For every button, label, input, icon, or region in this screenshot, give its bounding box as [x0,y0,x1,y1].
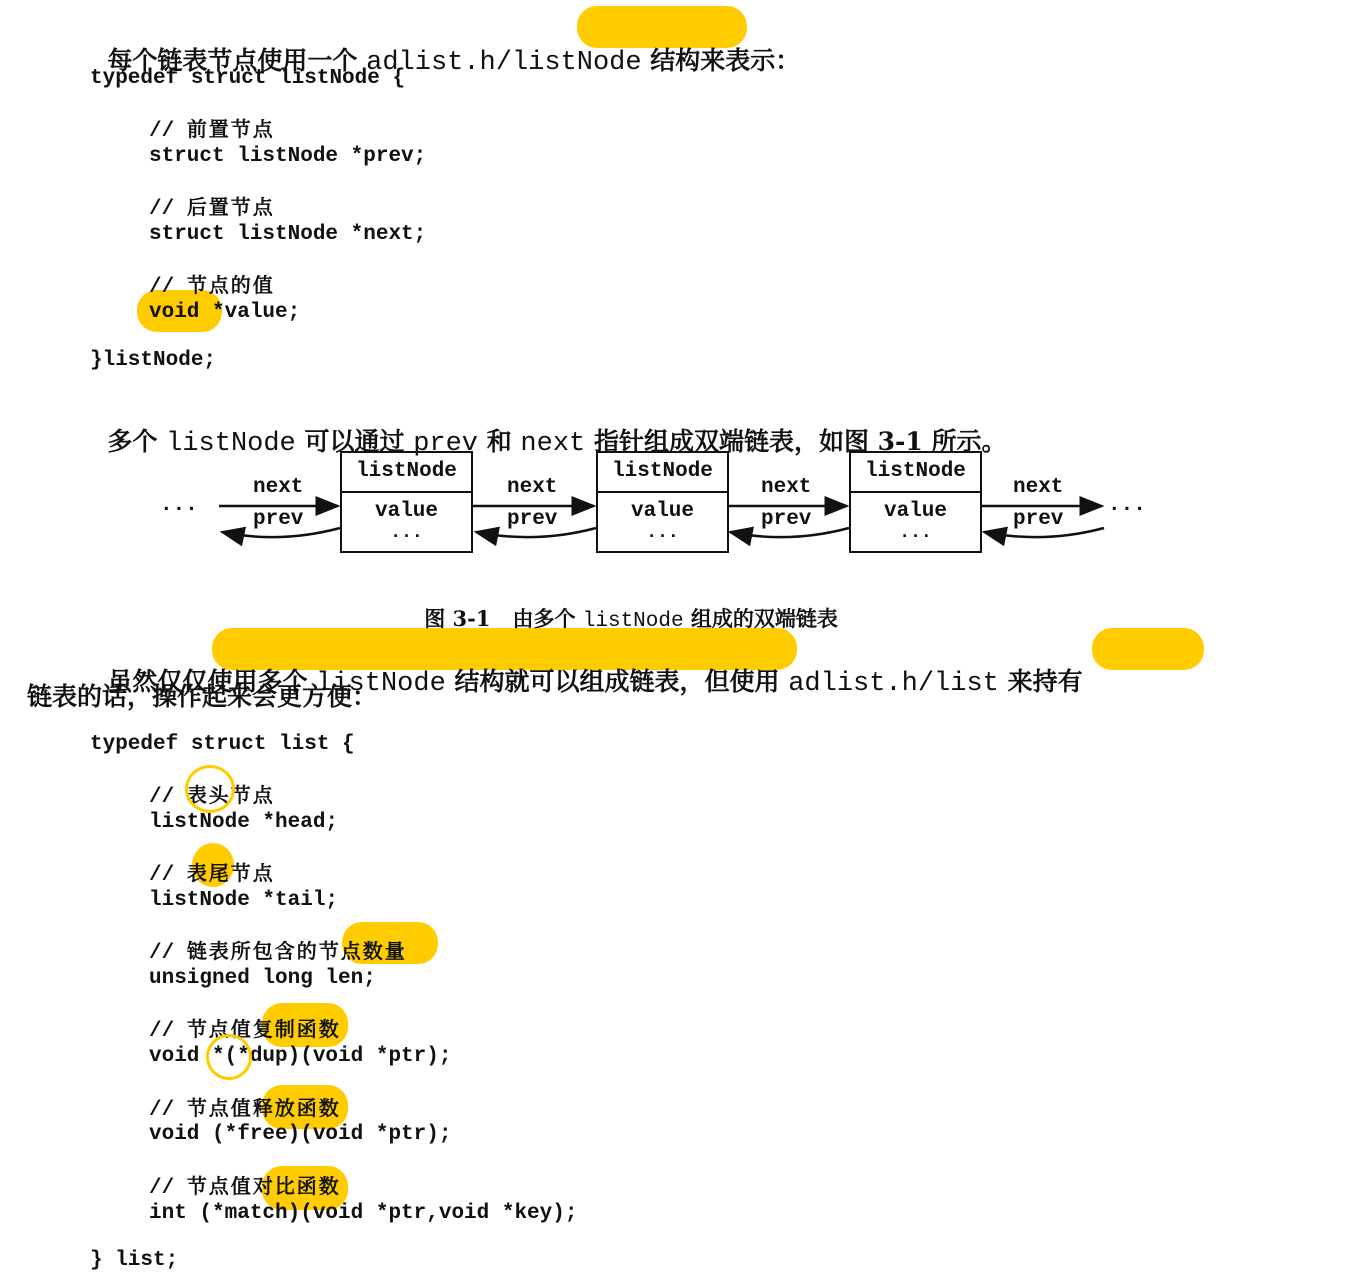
next-label: next [1013,476,1063,499]
intro-highlight-listnode: listNode [512,48,642,78]
prev-label: prev [253,508,303,531]
node-value: value [851,493,980,525]
code-line: unsigned long len; [149,966,376,992]
code-line: typedef struct listNode { [90,66,405,92]
next-label: next [253,476,303,499]
node-value: value [342,493,471,525]
highlight-mark [1092,628,1204,670]
node-dots: ... [851,525,980,541]
ellipsis-right: ... [1108,494,1146,517]
node-value: value [598,493,727,525]
intro-text-after: 结构来表示： [642,46,801,75]
code-line: void *value; [149,300,300,326]
code-comment: // 前置节点 [149,113,275,143]
paragraph-doubly-linked: 多个 listNode 可以通过 prev 和 next 指针组成双端链表，如图… [90,394,1007,460]
code-comment: // 节点值对比函数 [149,1170,341,1200]
prev-label: prev [1013,508,1063,531]
list-node-box: listNode value ... [340,451,473,553]
code-line: void (*free)(void *ptr); [149,1122,451,1148]
code-comment: // 后置节点 [149,191,275,221]
paragraph-list-struct-line2: 链表的话，操作起来会更方便： [27,681,377,713]
code-line: } list; [90,1248,178,1274]
code-line: struct listNode *prev; [149,144,426,170]
code-comment: // 节点值释放函数 [149,1092,341,1122]
code-line: typedef struct list { [90,732,355,758]
list-node-box: listNode value ... [596,451,729,553]
code-comment: // 链表所包含的节点数量 [149,935,407,965]
circle-annotation [206,1034,252,1080]
list-node-box: listNode value ... [849,451,982,553]
circle-annotation [185,765,235,813]
code-line: void *(*dup)(void *ptr); [149,1044,451,1070]
ellipsis-left: ... [160,494,198,517]
next-label: next [507,476,557,499]
next-label: next [761,476,811,499]
code-line: int (*match)(void *ptr,void *key); [149,1201,577,1227]
code-comment: // 表尾节点 [149,857,275,887]
code-line: struct listNode *next; [149,222,426,248]
code-comment: // 节点值复制函数 [149,1013,341,1043]
prev-label: prev [507,508,557,531]
code-line: listNode *tail; [149,888,338,914]
node-dots: ... [342,525,471,541]
code-line: listNode *head; [149,810,338,836]
prev-label: prev [761,508,811,531]
node-dots: ... [598,525,727,541]
code-comment: // 节点的值 [149,269,275,299]
code-line: }listNode; [90,348,216,374]
